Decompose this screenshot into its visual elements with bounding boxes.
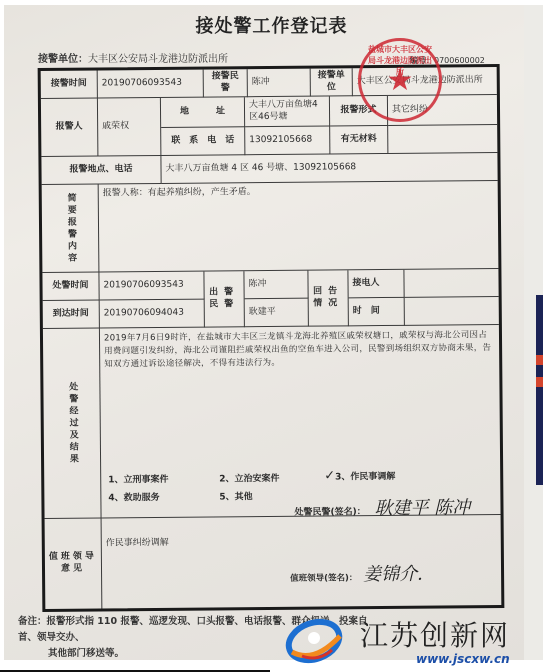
callback-time-label: 时 间 (349, 298, 405, 326)
callback-person-label: 接电人 (348, 270, 404, 298)
background-object (536, 295, 543, 485)
materials-value (388, 125, 497, 154)
receive-unit-label: 接警单位 (311, 68, 353, 96)
watermark: 江苏创新网 www.jscxw.cn (278, 612, 543, 672)
process-cell: 2019年7月6日9时许，在盐城市大丰区三龙镇斗龙海北养殖区戚荣权塘口，戚荣权与… (100, 325, 501, 518)
address-value: 大丰八万亩鱼塘4区46号塘 (245, 96, 330, 127)
registration-form: 接警时间 20190706093543 接警民警 陈冲 接警单位 大丰区公安局斗… (38, 64, 505, 612)
option-1: 1、立刑事案件 (108, 472, 168, 486)
materials-label: 有无材料 (330, 126, 388, 155)
star-icon: ★ (361, 63, 439, 98)
process-value: 2019年7月6日9时许，在盐城市大丰区三龙镇斗龙海北养殖区戚荣权塘口，戚荣权与… (104, 329, 495, 372)
callback-time-value (405, 297, 499, 326)
leader-sign-label: 值班领导(签名)： (290, 571, 357, 584)
option-2: 2、立治安案件 (219, 471, 279, 485)
document-title: 接处警工作登记表 (0, 12, 543, 38)
phone-value: 13092105668 (245, 126, 330, 155)
content-label: 简要报警内容 (42, 184, 100, 272)
site-logo-icon (284, 616, 344, 666)
process-label: 处警经过及结果 (43, 328, 102, 518)
dispatch-officer-2: 耿建平 (245, 299, 309, 328)
background-object (536, 377, 543, 387)
dispatch-officer-1: 陈冲 (244, 271, 308, 300)
leader-signature: 姜锦介. (363, 560, 423, 587)
receive-officer-value: 陈冲 (248, 69, 311, 98)
site-name: 江苏创新网 (360, 614, 510, 654)
arrive-time-label: 到达时间 (43, 300, 100, 328)
dispatch-time-value: 20190706093543 (99, 272, 204, 301)
phone-label: 联 系 电 话 (161, 127, 245, 156)
receive-time-value: 20190706093543 (98, 70, 204, 99)
option-4: 4、救助服务 (108, 490, 159, 503)
arrive-time-value: 20190706094043 (100, 300, 205, 329)
receiving-unit: 接警单位：大丰区公安局斗龙港边防派出所 (38, 50, 228, 65)
reporter-label: 报警人 (41, 99, 99, 157)
reporter-value: 戚荣权 (98, 98, 162, 157)
location-value: 大丰八万亩鱼塘 4 区 46 号塘、13092105668 (161, 153, 497, 184)
background-object (536, 355, 543, 365)
background-edge (524, 5, 543, 660)
option-5: 5、其他 (219, 489, 252, 502)
callback-label: 回告情况 (308, 270, 348, 326)
dispatch-officers-label: 出警民警 (204, 271, 244, 327)
check-mark-icon: ✓ (324, 468, 335, 483)
option-3: ✓3、作民事调解 (324, 468, 395, 484)
leader-label: 值班领导意见 (45, 518, 103, 608)
dispatch-time-label: 处警时间 (42, 272, 99, 300)
address-label: 地 址 (161, 97, 245, 128)
receive-officer-label: 接警民警 (204, 69, 248, 97)
receive-time-label: 接警时间 (41, 71, 98, 99)
receiving-unit-value: 大丰区公安局斗龙港边防派出所 (88, 54, 228, 65)
content-value: 报警人称：有起养殖纠纷，产生矛盾。 (99, 181, 499, 272)
official-seal: 盐城市大丰区公安局斗龙港边防派出所 ★ (358, 38, 442, 122)
location-label: 报警地点、电话 (41, 156, 161, 185)
leader-opinion: 作民事纠纷调解 (102, 515, 502, 608)
receiving-unit-label: 接警单位： (38, 54, 88, 65)
callback-person-value (404, 269, 498, 298)
site-url: www.jscxw.cn (416, 652, 510, 666)
option-3-label: 3、作民事调解 (335, 472, 395, 483)
